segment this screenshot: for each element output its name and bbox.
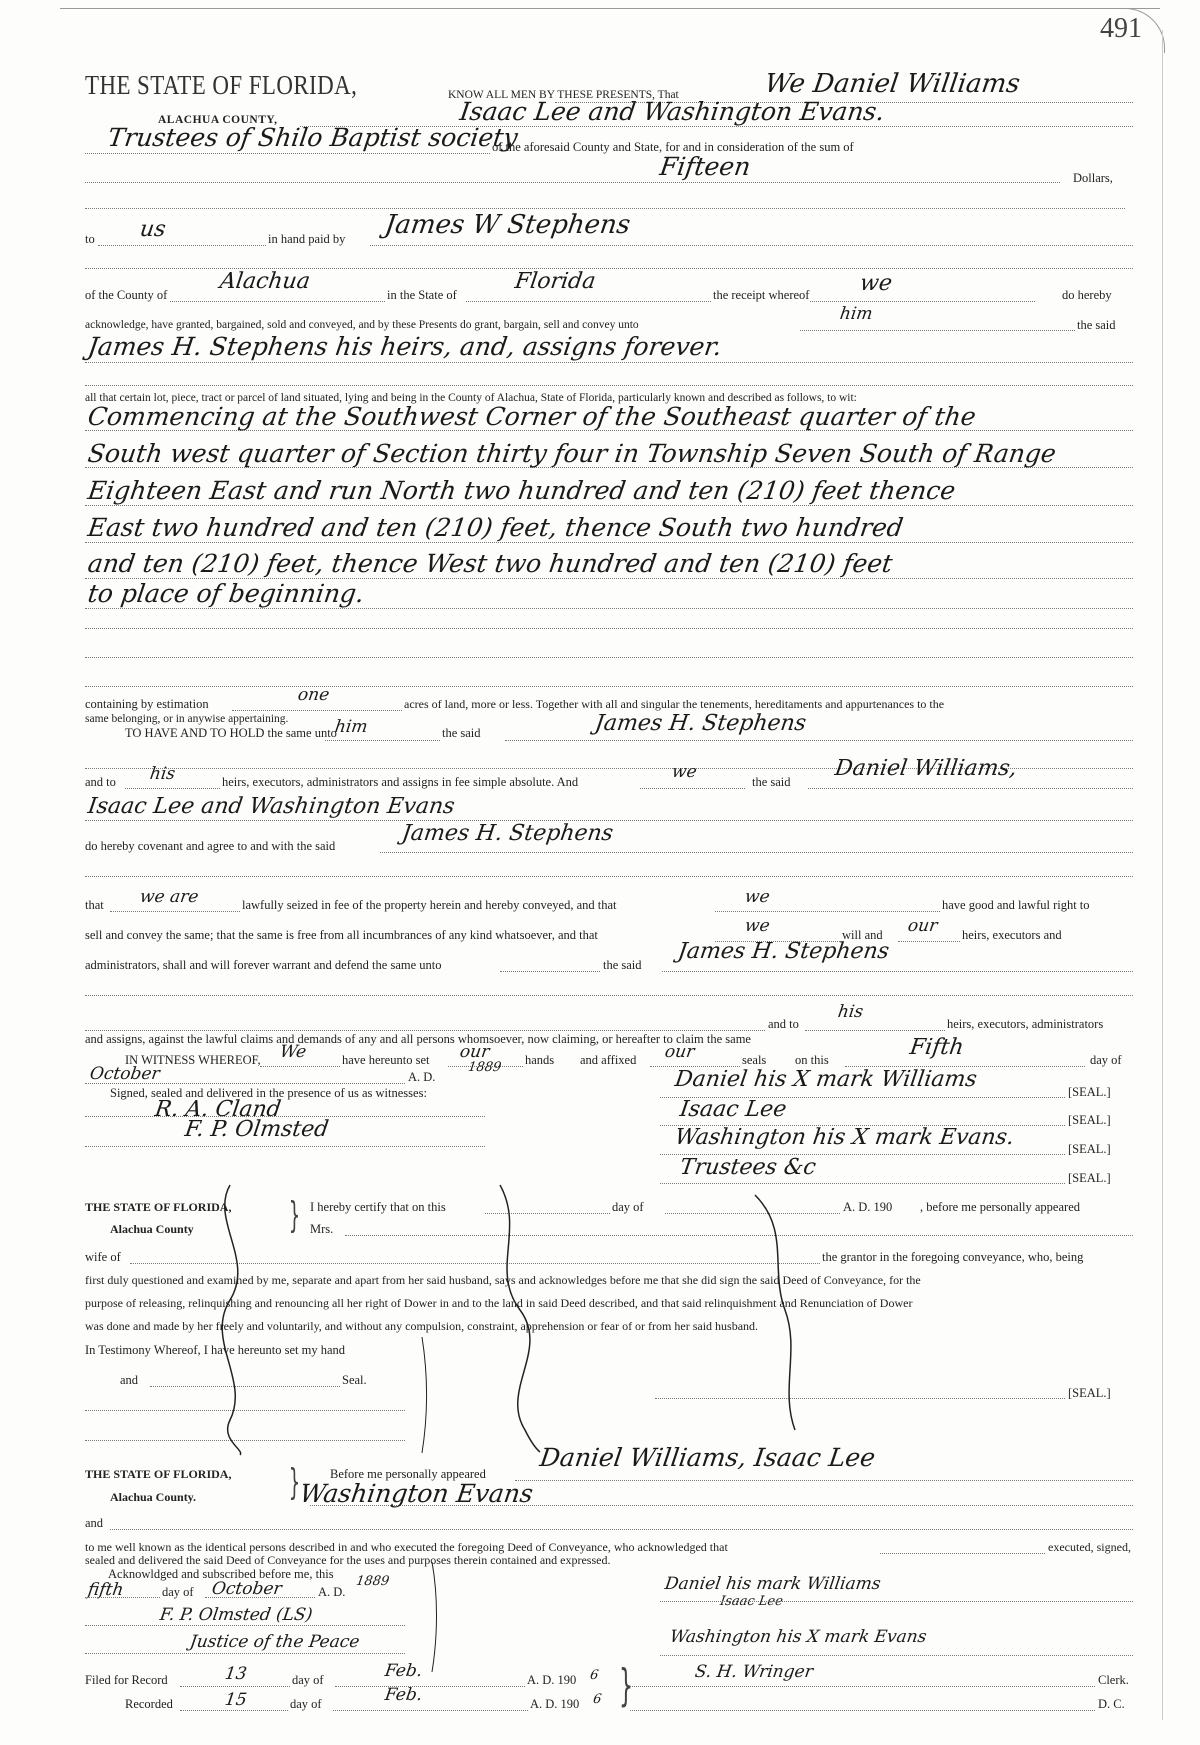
ack-appeared-value: Daniel Williams, Isaac Lee bbox=[538, 1446, 876, 1470]
blank-line bbox=[85, 657, 1133, 658]
and-to-line bbox=[125, 788, 220, 789]
that-line bbox=[110, 911, 240, 912]
unto-line bbox=[500, 971, 600, 972]
affixed-label: and affixed bbox=[580, 1053, 636, 1067]
heirs-exec-text-2: heirs, executors, administrators bbox=[947, 1017, 1103, 1031]
do-hereby-label: do hereby bbox=[1062, 288, 1112, 302]
dower-and-label: and bbox=[120, 1373, 138, 1387]
receipt-label: the receipt whereof bbox=[713, 288, 809, 302]
ack-sig-line-2 bbox=[660, 1655, 1133, 1656]
to-have-line bbox=[325, 740, 440, 741]
and-to-label-2: and to bbox=[768, 1017, 799, 1031]
ack-officer-line bbox=[85, 1625, 405, 1626]
the-said-label-2: the said bbox=[752, 775, 791, 789]
signature-2: Isaac Lee bbox=[678, 1098, 788, 1122]
grantor-names-2: Isaac Lee and Washington Evans bbox=[86, 795, 456, 819]
grantee-value: James H. Stephens bbox=[593, 712, 807, 736]
seal-3: [SEAL.] bbox=[1068, 1142, 1111, 1156]
defend-value: James H. Stephens bbox=[676, 940, 890, 964]
grantors-line2: Isaac Lee and Washington Evans. bbox=[458, 100, 886, 124]
admin-text: administrators, shall and will forever w… bbox=[85, 958, 441, 972]
covenant-value: James H. Stephens bbox=[400, 822, 614, 846]
heirs-text: heirs, executors, administrators and ass… bbox=[222, 775, 578, 789]
the-said-label-3: the said bbox=[603, 958, 642, 972]
county-label: of the County of bbox=[85, 288, 167, 302]
convey-value: him bbox=[838, 302, 874, 326]
blank-line bbox=[85, 153, 490, 154]
same-belonging-text: same belonging, or in anywise appertaini… bbox=[85, 712, 288, 726]
signature-4: Trustees &c bbox=[678, 1156, 817, 1180]
ack-county: Alachua County. bbox=[110, 1490, 196, 1504]
ack-sig-line-1 bbox=[660, 1601, 1133, 1602]
signature-3: Washington his X mark Evans. bbox=[673, 1126, 1015, 1150]
dollars-label: Dollars, bbox=[1073, 171, 1113, 185]
signature-1: Daniel his X mark Williams bbox=[673, 1068, 978, 1092]
we-value: We bbox=[278, 1040, 308, 1064]
recorded-year-value: 6 bbox=[591, 1688, 603, 1712]
dower-before-me: , before me personally appeared bbox=[920, 1200, 1080, 1214]
description-text-2: South west quarter of Section thirty fou… bbox=[86, 442, 1057, 466]
blank-line bbox=[85, 628, 1133, 629]
the-said-label: the said bbox=[442, 726, 481, 740]
ack-ad: A. D. bbox=[318, 1585, 345, 1599]
deed-page: 491 THE STATE OF FLORIDA, ALACHUA COUNTY… bbox=[0, 0, 1200, 1745]
will-value: our bbox=[906, 914, 939, 938]
ack-signature-1b: Isaac Lee bbox=[718, 1590, 784, 1614]
blank-line bbox=[85, 876, 1133, 877]
covenant-label: do hereby covenant and agree to and with… bbox=[85, 839, 335, 853]
grantors-line1: We Daniel Williams bbox=[763, 72, 1021, 96]
state-label: in the State of bbox=[387, 288, 457, 302]
grantee-value: James H. Stephens his heirs, and, assign… bbox=[86, 335, 723, 359]
description-text-1: Commencing at the Southwest Corner of th… bbox=[86, 405, 977, 429]
to-have-value: him bbox=[333, 715, 369, 739]
dower-grantor-text: the grantor in the foregoing conveyance,… bbox=[822, 1250, 1083, 1264]
to-have-label: TO HAVE AND TO HOLD the same unto bbox=[125, 726, 337, 740]
dower-seal-line bbox=[655, 1398, 1065, 1399]
filed-month-value: Feb. bbox=[383, 1659, 424, 1683]
recorded-ad: A. D. 190 bbox=[530, 1697, 579, 1711]
to-label: to bbox=[85, 232, 95, 246]
receipt-value: we bbox=[858, 272, 893, 296]
state-value: Florida bbox=[513, 270, 597, 294]
bracket-line bbox=[430, 1560, 450, 1675]
cancellation-squiggle bbox=[480, 1180, 560, 1460]
sell-value: we bbox=[743, 914, 771, 938]
ack-known-text: to me well known as the identical person… bbox=[85, 1540, 728, 1554]
dower-day-of: day of bbox=[612, 1200, 644, 1214]
dower-para-3: was done and made by her freely and volu… bbox=[85, 1319, 758, 1333]
ack-executed-line bbox=[880, 1553, 1045, 1554]
bracket-line bbox=[420, 1335, 440, 1455]
brace: } bbox=[289, 1465, 300, 1501]
blank-line bbox=[85, 995, 1133, 996]
description-line bbox=[85, 542, 1133, 543]
acres-text: acres of land, more or less. Together wi… bbox=[404, 697, 944, 711]
ack-month-value: October bbox=[210, 1577, 283, 1601]
right-text: have good and lawful right to bbox=[942, 898, 1090, 912]
seal-2: [SEAL.] bbox=[1068, 1113, 1111, 1127]
that-value: we are bbox=[138, 885, 200, 909]
description-text-4: East two hundred and ten (210) feet, the… bbox=[86, 516, 904, 540]
ack-state: THE STATE OF FLORIDA, bbox=[85, 1467, 231, 1481]
ack-appeared-line bbox=[515, 1480, 1133, 1481]
sum-words: Fifteen bbox=[658, 155, 752, 179]
month-value: October bbox=[88, 1062, 161, 1086]
recorded-day-of: day of bbox=[290, 1697, 322, 1711]
ack-officer-title: Justice of the Peace bbox=[188, 1630, 361, 1654]
dc-label: D. C. bbox=[1098, 1697, 1125, 1711]
county-line bbox=[170, 301, 385, 302]
ack-title-line bbox=[85, 1653, 405, 1654]
day-of-label: day of bbox=[1090, 1053, 1122, 1067]
that-line-2 bbox=[715, 911, 940, 912]
payer-value: James W Stephens bbox=[383, 213, 631, 237]
ack-executed-text: executed, signed, bbox=[1048, 1540, 1131, 1554]
filed-label: Filed for Record bbox=[85, 1673, 168, 1687]
and-value: we bbox=[670, 760, 698, 784]
blank-line bbox=[85, 1030, 765, 1031]
county-value: Alachua bbox=[218, 270, 311, 294]
cancellation-squiggle bbox=[745, 1190, 825, 1450]
sell-text: sell and convey the same; that the same … bbox=[85, 928, 598, 942]
recorded-label: Recorded bbox=[125, 1697, 173, 1711]
will-line bbox=[898, 941, 960, 942]
blank-line bbox=[85, 208, 1125, 209]
covenant-line bbox=[380, 852, 1133, 853]
dower-certify: I hereby certify that on this bbox=[310, 1200, 446, 1214]
filed-day-line bbox=[180, 1686, 290, 1687]
ack-and-label: and bbox=[85, 1516, 103, 1530]
brace: } bbox=[289, 1198, 300, 1234]
description-line bbox=[85, 505, 1133, 506]
payer-line bbox=[370, 245, 1133, 246]
recorded-month-line bbox=[333, 1710, 528, 1711]
ack-day-line bbox=[85, 1597, 160, 1598]
hand-label: hands bbox=[525, 1053, 554, 1067]
day-value: Fifth bbox=[908, 1036, 965, 1060]
acknowledge-text: acknowledge, have granted, bargained, so… bbox=[85, 318, 639, 332]
ack-and-line bbox=[110, 1529, 1133, 1530]
grantors-line3: Trustees of Shilo Baptist society bbox=[106, 126, 519, 150]
ack-year-value: 1889 bbox=[354, 1570, 390, 1594]
blank-line bbox=[85, 686, 1133, 687]
ad-label: A. D. bbox=[408, 1070, 435, 1084]
page-border-top bbox=[60, 8, 1160, 9]
page-number: 491 bbox=[1100, 22, 1142, 36]
year-value: 1889 bbox=[466, 1056, 502, 1080]
heirs-exec-text: heirs, executors and bbox=[962, 928, 1062, 942]
filed-year-value: 6 bbox=[588, 1664, 600, 1688]
containing-label: containing by estimation bbox=[85, 697, 209, 711]
acres-line bbox=[232, 710, 402, 711]
on-this-label: on this bbox=[795, 1053, 829, 1067]
ack-signature-2: Washington his X mark Evans bbox=[668, 1625, 928, 1649]
and-to-line-2 bbox=[805, 1030, 945, 1031]
grantee-line bbox=[505, 740, 1133, 741]
witness-2: F. P. Olmsted bbox=[183, 1118, 330, 1142]
and-line bbox=[640, 788, 745, 789]
ack-and-value: Washington Evans bbox=[298, 1482, 534, 1506]
dower-county: Alachua County bbox=[110, 1222, 194, 1236]
dower-seal-label: Seal. bbox=[342, 1373, 367, 1387]
the-said-label: the said bbox=[1077, 318, 1116, 332]
seal-4: [SEAL.] bbox=[1068, 1171, 1111, 1185]
filed-ad: A. D. 190 bbox=[527, 1673, 576, 1687]
clerk-signature: S. H. Wringer bbox=[693, 1660, 814, 1684]
have-set-label: have hereunto set bbox=[342, 1053, 429, 1067]
page-border-right bbox=[1162, 30, 1163, 1720]
our-value-2: our bbox=[663, 1040, 696, 1064]
dc-line bbox=[630, 1710, 1095, 1711]
acres-value: one bbox=[296, 683, 331, 707]
that-label: that bbox=[85, 898, 104, 912]
and-to-value: his bbox=[148, 762, 176, 786]
grantor-names-1: Daniel Williams, bbox=[833, 757, 1018, 781]
blank-line bbox=[85, 385, 1133, 386]
dower-ad: A. D. 190 bbox=[843, 1200, 892, 1214]
sum-line bbox=[85, 182, 1060, 183]
signature-line-4 bbox=[660, 1183, 1065, 1184]
clerk-label: Clerk. bbox=[1098, 1673, 1129, 1687]
seized-text: lawfully seized in fee of the property h… bbox=[242, 898, 617, 912]
state-line bbox=[466, 301, 711, 302]
dower-mrs: Mrs. bbox=[310, 1222, 333, 1236]
description-line bbox=[85, 608, 1133, 609]
seal-1: [SEAL.] bbox=[1068, 1085, 1111, 1099]
filed-day-of: day of bbox=[292, 1673, 324, 1687]
dower-seal-bracket: [SEAL.] bbox=[1068, 1386, 1111, 1400]
grantee-line bbox=[85, 362, 1133, 363]
to-value: us bbox=[138, 218, 167, 242]
ack-officer-name: F. P. Olmsted (LS) bbox=[158, 1603, 314, 1627]
we-line bbox=[260, 1066, 340, 1067]
description-text-6: to place of beginning. bbox=[86, 582, 365, 606]
ack-day-of: day of bbox=[162, 1585, 194, 1599]
ack-day-value: fifth bbox=[86, 1578, 125, 1602]
assigns-text: and assigns, against the lawful claims a… bbox=[85, 1032, 751, 1046]
dower-wife-of: wife of bbox=[85, 1250, 121, 1264]
in-hand-label: in hand paid by bbox=[268, 232, 345, 246]
dower-mrs-line bbox=[345, 1235, 1133, 1236]
recorded-month-value: Feb. bbox=[383, 1683, 424, 1707]
to-line bbox=[98, 245, 266, 246]
clerk-line bbox=[630, 1686, 1095, 1687]
description-text-5: and ten (210) feet, thence West two hund… bbox=[86, 552, 894, 576]
filed-month-line bbox=[335, 1686, 525, 1687]
recorded-day-value: 15 bbox=[223, 1688, 248, 1712]
and-to-value-2: his bbox=[836, 1000, 864, 1024]
state-heading: THE STATE OF FLORIDA, bbox=[85, 78, 357, 92]
filed-day-value: 13 bbox=[223, 1662, 248, 1686]
description-text-3: Eighteen East and run North two hundred … bbox=[86, 479, 957, 503]
grantor-names-line bbox=[808, 788, 1133, 789]
seal-label: seals bbox=[742, 1053, 766, 1067]
cancellation-squiggle bbox=[200, 1180, 280, 1460]
witness-line-2 bbox=[85, 1146, 485, 1147]
convey-line bbox=[800, 330, 1075, 331]
that-value-2: we bbox=[743, 885, 771, 909]
ack-sealed-text: sealed and delivered the said Deed of Co… bbox=[85, 1553, 610, 1567]
and-to-label: and to bbox=[85, 775, 116, 789]
defend-line bbox=[662, 971, 1133, 972]
